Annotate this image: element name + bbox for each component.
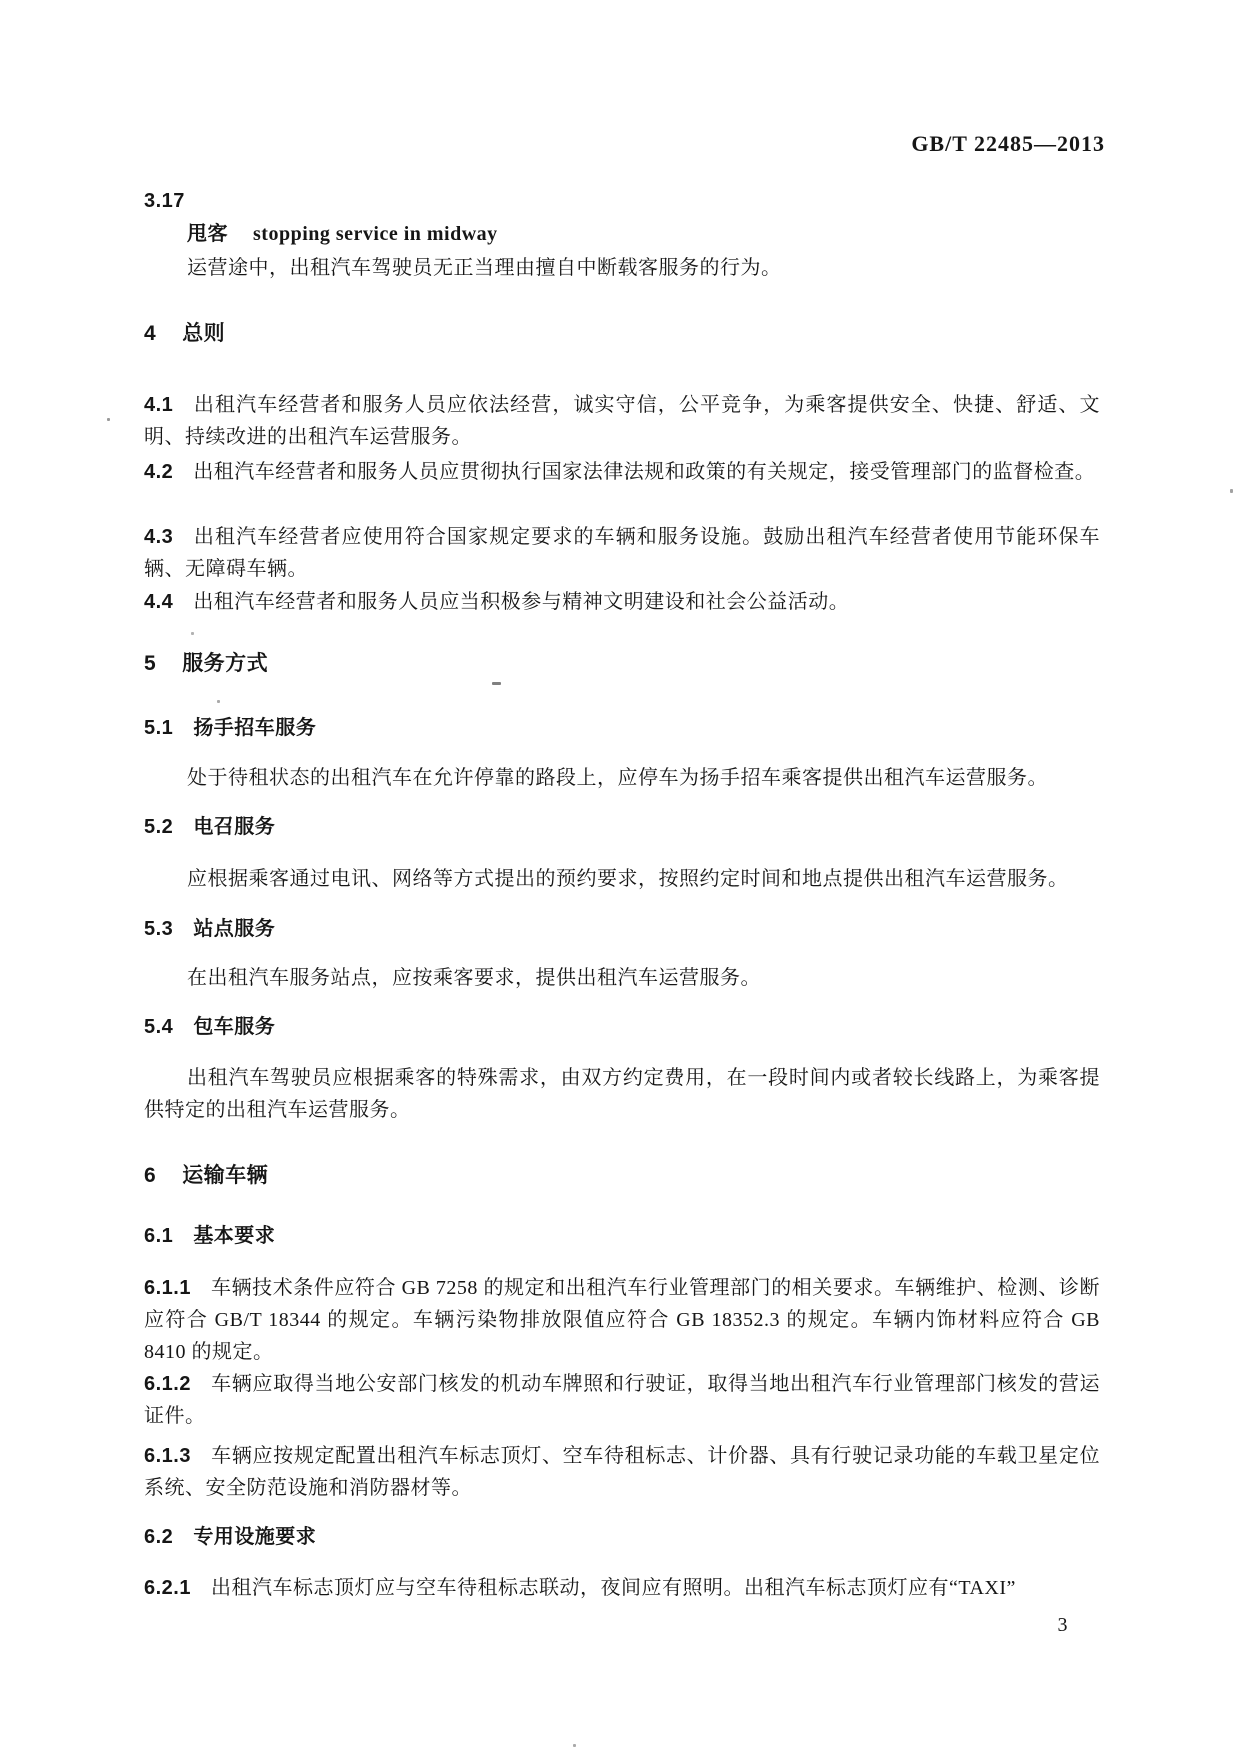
term-number: 3.17 [144, 188, 1100, 214]
doc-number: GB/T 22485—2013 [144, 131, 1105, 157]
subsection-number: 5.2 [144, 816, 173, 838]
clause-number: 4.3 [144, 526, 173, 548]
subsection-heading-5-1: 5.1扬手招车服务 [144, 714, 1100, 742]
clause-text: 出租汽车标志顶灯应与空车待租标志联动，夜间应有照明。出租汽车标志顶灯应有“TAX… [211, 1577, 1016, 1599]
scan-speck [107, 418, 110, 421]
paragraph-5-2: 应根据乘客通过电讯、网络等方式提出的预约要求，按照约定时间和地点提供出租汽车运营… [144, 863, 1100, 895]
section-number: 4 [144, 322, 156, 345]
scan-speck [191, 632, 194, 635]
clause-number: 6.1.3 [144, 1445, 191, 1467]
clause-text: 出租汽车经营者和服务人员应依法经营，诚实守信，公平竞争，为乘客提供安全、快捷、舒… [144, 394, 1100, 448]
subsection-heading-5-4: 5.4包车服务 [144, 1013, 1100, 1041]
subsection-number: 5.1 [144, 717, 173, 739]
subsection-heading-5-2: 5.2电召服务 [144, 813, 1100, 841]
subsection-title: 包车服务 [193, 1016, 275, 1038]
term-zh: 甩客 [187, 223, 228, 245]
scan-speck [492, 682, 501, 685]
section-title: 运输车辆 [182, 1164, 268, 1187]
subsection-number: 6.2 [144, 1526, 173, 1548]
subsection-heading-6-2: 6.2专用设施要求 [144, 1523, 1100, 1551]
paragraph-5-3: 在出租汽车服务站点，应按乘客要求，提供出租汽车运营服务。 [144, 962, 1100, 994]
clause-4-2: 4.2出租汽车经营者和服务人员应贯彻执行国家法律法规和政策的有关规定，接受管理部… [144, 456, 1100, 488]
clause-text: 车辆技术条件应符合 GB 7258 的规定和出租汽车行业管理部门的相关要求。车辆… [144, 1277, 1100, 1363]
clause-6-2-1: 6.2.1出租汽车标志顶灯应与空车待租标志联动，夜间应有照明。出租汽车标志顶灯应… [144, 1572, 1100, 1604]
term-title: 甩客stopping service in midway [144, 220, 1100, 248]
subsection-title: 专用设施要求 [193, 1526, 316, 1548]
subsection-title: 扬手招车服务 [193, 717, 316, 739]
section-heading-4: 4总则 [144, 320, 1100, 348]
clause-text: 出租汽车经营者应使用符合国家规定要求的车辆和服务设施。鼓励出租汽车经营者使用节能… [144, 526, 1100, 580]
scan-speck [1230, 489, 1233, 493]
section-title: 总则 [182, 322, 225, 345]
subsection-title: 基本要求 [193, 1225, 275, 1247]
section-heading-6: 6运输车辆 [144, 1162, 1100, 1190]
clause-6-1-1: 6.1.1车辆技术条件应符合 GB 7258 的规定和出租汽车行业管理部门的相关… [144, 1272, 1100, 1368]
clause-4-1: 4.1出租汽车经营者和服务人员应依法经营，诚实守信，公平竞争，为乘客提供安全、快… [144, 389, 1100, 453]
clause-number: 4.2 [144, 461, 173, 483]
clause-6-1-3: 6.1.3车辆应按规定配置出租汽车标志顶灯、空车待租标志、计价器、具有行驶记录功… [144, 1440, 1100, 1504]
clause-number: 6.1.2 [144, 1373, 191, 1395]
document-page: GB/T 22485—2013 3.17 甩客stopping service … [0, 0, 1248, 1760]
clause-text: 车辆应取得当地公安部门核发的机动车牌照和行驶证，取得当地出租汽车行业管理部门核发… [144, 1373, 1100, 1427]
clause-number: 6.1.1 [144, 1277, 191, 1299]
clause-4-3: 4.3出租汽车经营者应使用符合国家规定要求的车辆和服务设施。鼓励出租汽车经营者使… [144, 521, 1100, 585]
clause-number: 6.2.1 [144, 1577, 191, 1599]
clause-text: 车辆应按规定配置出租汽车标志顶灯、空车待租标志、计价器、具有行驶记录功能的车载卫… [144, 1445, 1100, 1499]
subsection-heading-5-3: 5.3站点服务 [144, 915, 1100, 943]
clause-number: 4.1 [144, 394, 173, 416]
paragraph-5-4: 出租汽车驾驶员应根据乘客的特殊需求，由双方约定费用，在一段时间内或者较长线路上，… [144, 1062, 1100, 1126]
clause-number: 4.4 [144, 591, 173, 613]
subsection-number: 6.1 [144, 1225, 173, 1247]
subsection-number: 5.3 [144, 918, 173, 940]
clause-text: 出租汽车经营者和服务人员应贯彻执行国家法律法规和政策的有关规定，接受管理部门的监… [193, 461, 1095, 483]
section-number: 5 [144, 652, 156, 675]
subsection-heading-6-1: 6.1基本要求 [144, 1222, 1100, 1250]
clause-6-1-2: 6.1.2车辆应取得当地公安部门核发的机动车牌照和行驶证，取得当地出租汽车行业管… [144, 1368, 1100, 1432]
term-en: stopping service in midway [253, 223, 498, 245]
clause-4-4: 4.4出租汽车经营者和服务人员应当积极参与精神文明建设和社会公益活动。 [144, 586, 1100, 618]
section-number: 6 [144, 1164, 156, 1187]
paragraph-5-1: 处于待租状态的出租汽车在允许停靠的路段上，应停车为扬手招车乘客提供出租汽车运营服… [144, 762, 1100, 794]
scan-speck [217, 700, 220, 703]
subsection-title: 电召服务 [193, 816, 275, 838]
scan-speck [573, 1744, 576, 1747]
subsection-number: 5.4 [144, 1016, 173, 1038]
clause-text: 出租汽车经营者和服务人员应当积极参与精神文明建设和社会公益活动。 [193, 591, 849, 613]
section-title: 服务方式 [182, 652, 268, 675]
page-number: 3 [144, 1612, 1100, 1638]
term-definition: 运营途中，出租汽车驾驶员无正当理由擅自中断载客服务的行为。 [144, 252, 1100, 284]
section-heading-5: 5服务方式 [144, 650, 1100, 678]
subsection-title: 站点服务 [193, 918, 275, 940]
